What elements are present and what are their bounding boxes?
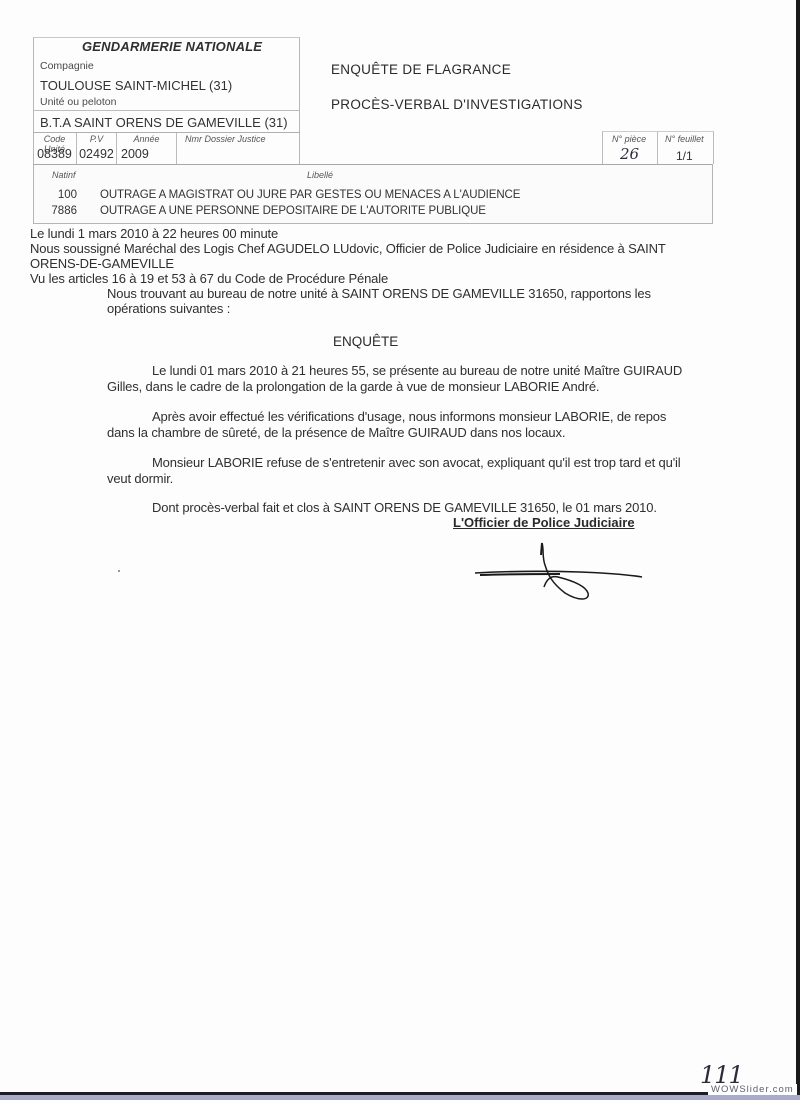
procedure-title: ENQUÊTE DE FLAGRANCE: [331, 62, 511, 77]
annee-label: Année: [117, 134, 176, 144]
paragraph-line: veut dormir.: [107, 471, 173, 486]
location-line-cont: opérations suivantes :: [107, 301, 230, 316]
paragraph-line: Après avoir effectué les vérifications d…: [152, 409, 666, 424]
scanned-page: GENDARMERIE NATIONALE Compagnie TOULOUSE…: [0, 0, 796, 1094]
section-title: ENQUÊTE: [333, 334, 398, 349]
natinf-row-label: OUTRAGE A UNE PERSONNE DEPOSITAIRE DE L'…: [100, 205, 486, 217]
paragraph-line: dans la chambre de sûreté, de la présenc…: [107, 425, 565, 440]
frame-edge-right: [796, 0, 800, 1100]
organization-title: GENDARMERIE NATIONALE: [82, 39, 262, 54]
scan-speck: [118, 570, 120, 572]
officer-line-cont: ORENS-DE-GAMEVILLE: [30, 256, 174, 271]
natinf-row-code: 100: [33, 189, 77, 201]
pv-label: P.V: [77, 134, 116, 144]
dossier-justice-label: Nmr Dossier Justice: [177, 134, 300, 144]
signatory-title: L'Officier de Police Judiciaire: [453, 515, 635, 530]
natinf-header-code: Natinf: [52, 170, 76, 180]
unit-label: Unité ou peloton: [40, 96, 116, 108]
annee-cell: Année 2009: [117, 133, 177, 165]
piece-cell: N° pièce 26: [603, 132, 658, 165]
paragraph-line: Gilles, dans le cadre de la prolongation…: [107, 379, 599, 394]
articles-line: Vu les articles 16 à 19 et 53 à 67 du Co…: [30, 271, 388, 286]
piece-label: N° pièce: [612, 134, 646, 144]
watermark: WOWSlider.com: [708, 1084, 797, 1095]
code-unite-cell: Code Unité 08389: [33, 133, 77, 165]
natinf-row-label: OUTRAGE A MAGISTRAT OU JURE PAR GESTES O…: [100, 189, 520, 201]
natinf-header-label: Libellé: [307, 170, 333, 180]
annee-value: 2009: [117, 147, 176, 161]
code-unite-value: 08389: [33, 147, 76, 161]
unit-value: B.T.A SAINT ORENS DE GAMEVILLE (31): [40, 115, 288, 130]
frame-edge-bottom-shadow: [0, 1095, 800, 1100]
closing-line: Dont procès-verbal fait et clos à SAINT …: [152, 500, 657, 515]
date-line: Le lundi 1 mars 2010 à 22 heures 00 minu…: [30, 226, 278, 241]
dossier-justice-cell: Nmr Dossier Justice: [177, 133, 300, 165]
paragraph-line: Monsieur LABORIE refuse de s'entretenir …: [152, 455, 681, 470]
feuillet-value: 1/1: [676, 149, 693, 163]
location-line: Nous trouvant au bureau de notre unité à…: [107, 286, 651, 301]
piece-number: 26: [620, 145, 639, 163]
feuillet-cell: N° feuillet 1/1: [658, 132, 715, 165]
signature-icon: [470, 535, 650, 610]
divider: [33, 110, 300, 111]
company-value: TOULOUSE SAINT-MICHEL (31): [40, 78, 232, 93]
officer-line: Nous soussigné Maréchal des Logis Chef A…: [30, 241, 666, 256]
feuillet-label: N° feuillet: [665, 134, 704, 144]
codes-grid: Code Unité 08389 P.V 02492 Année 2009 Nm…: [33, 132, 300, 164]
company-label: Compagnie: [40, 60, 94, 72]
pv-cell: P.V 02492: [77, 133, 117, 165]
pv-value: 02492: [77, 147, 116, 161]
paragraph-line: Le lundi 01 mars 2010 à 21 heures 55, se…: [152, 363, 682, 378]
piece-feuillet-box: N° pièce 26 N° feuillet 1/1: [602, 131, 714, 164]
natinf-row-code: 7886: [33, 205, 77, 217]
document-title: PROCÈS-VERBAL D'INVESTIGATIONS: [331, 97, 583, 112]
